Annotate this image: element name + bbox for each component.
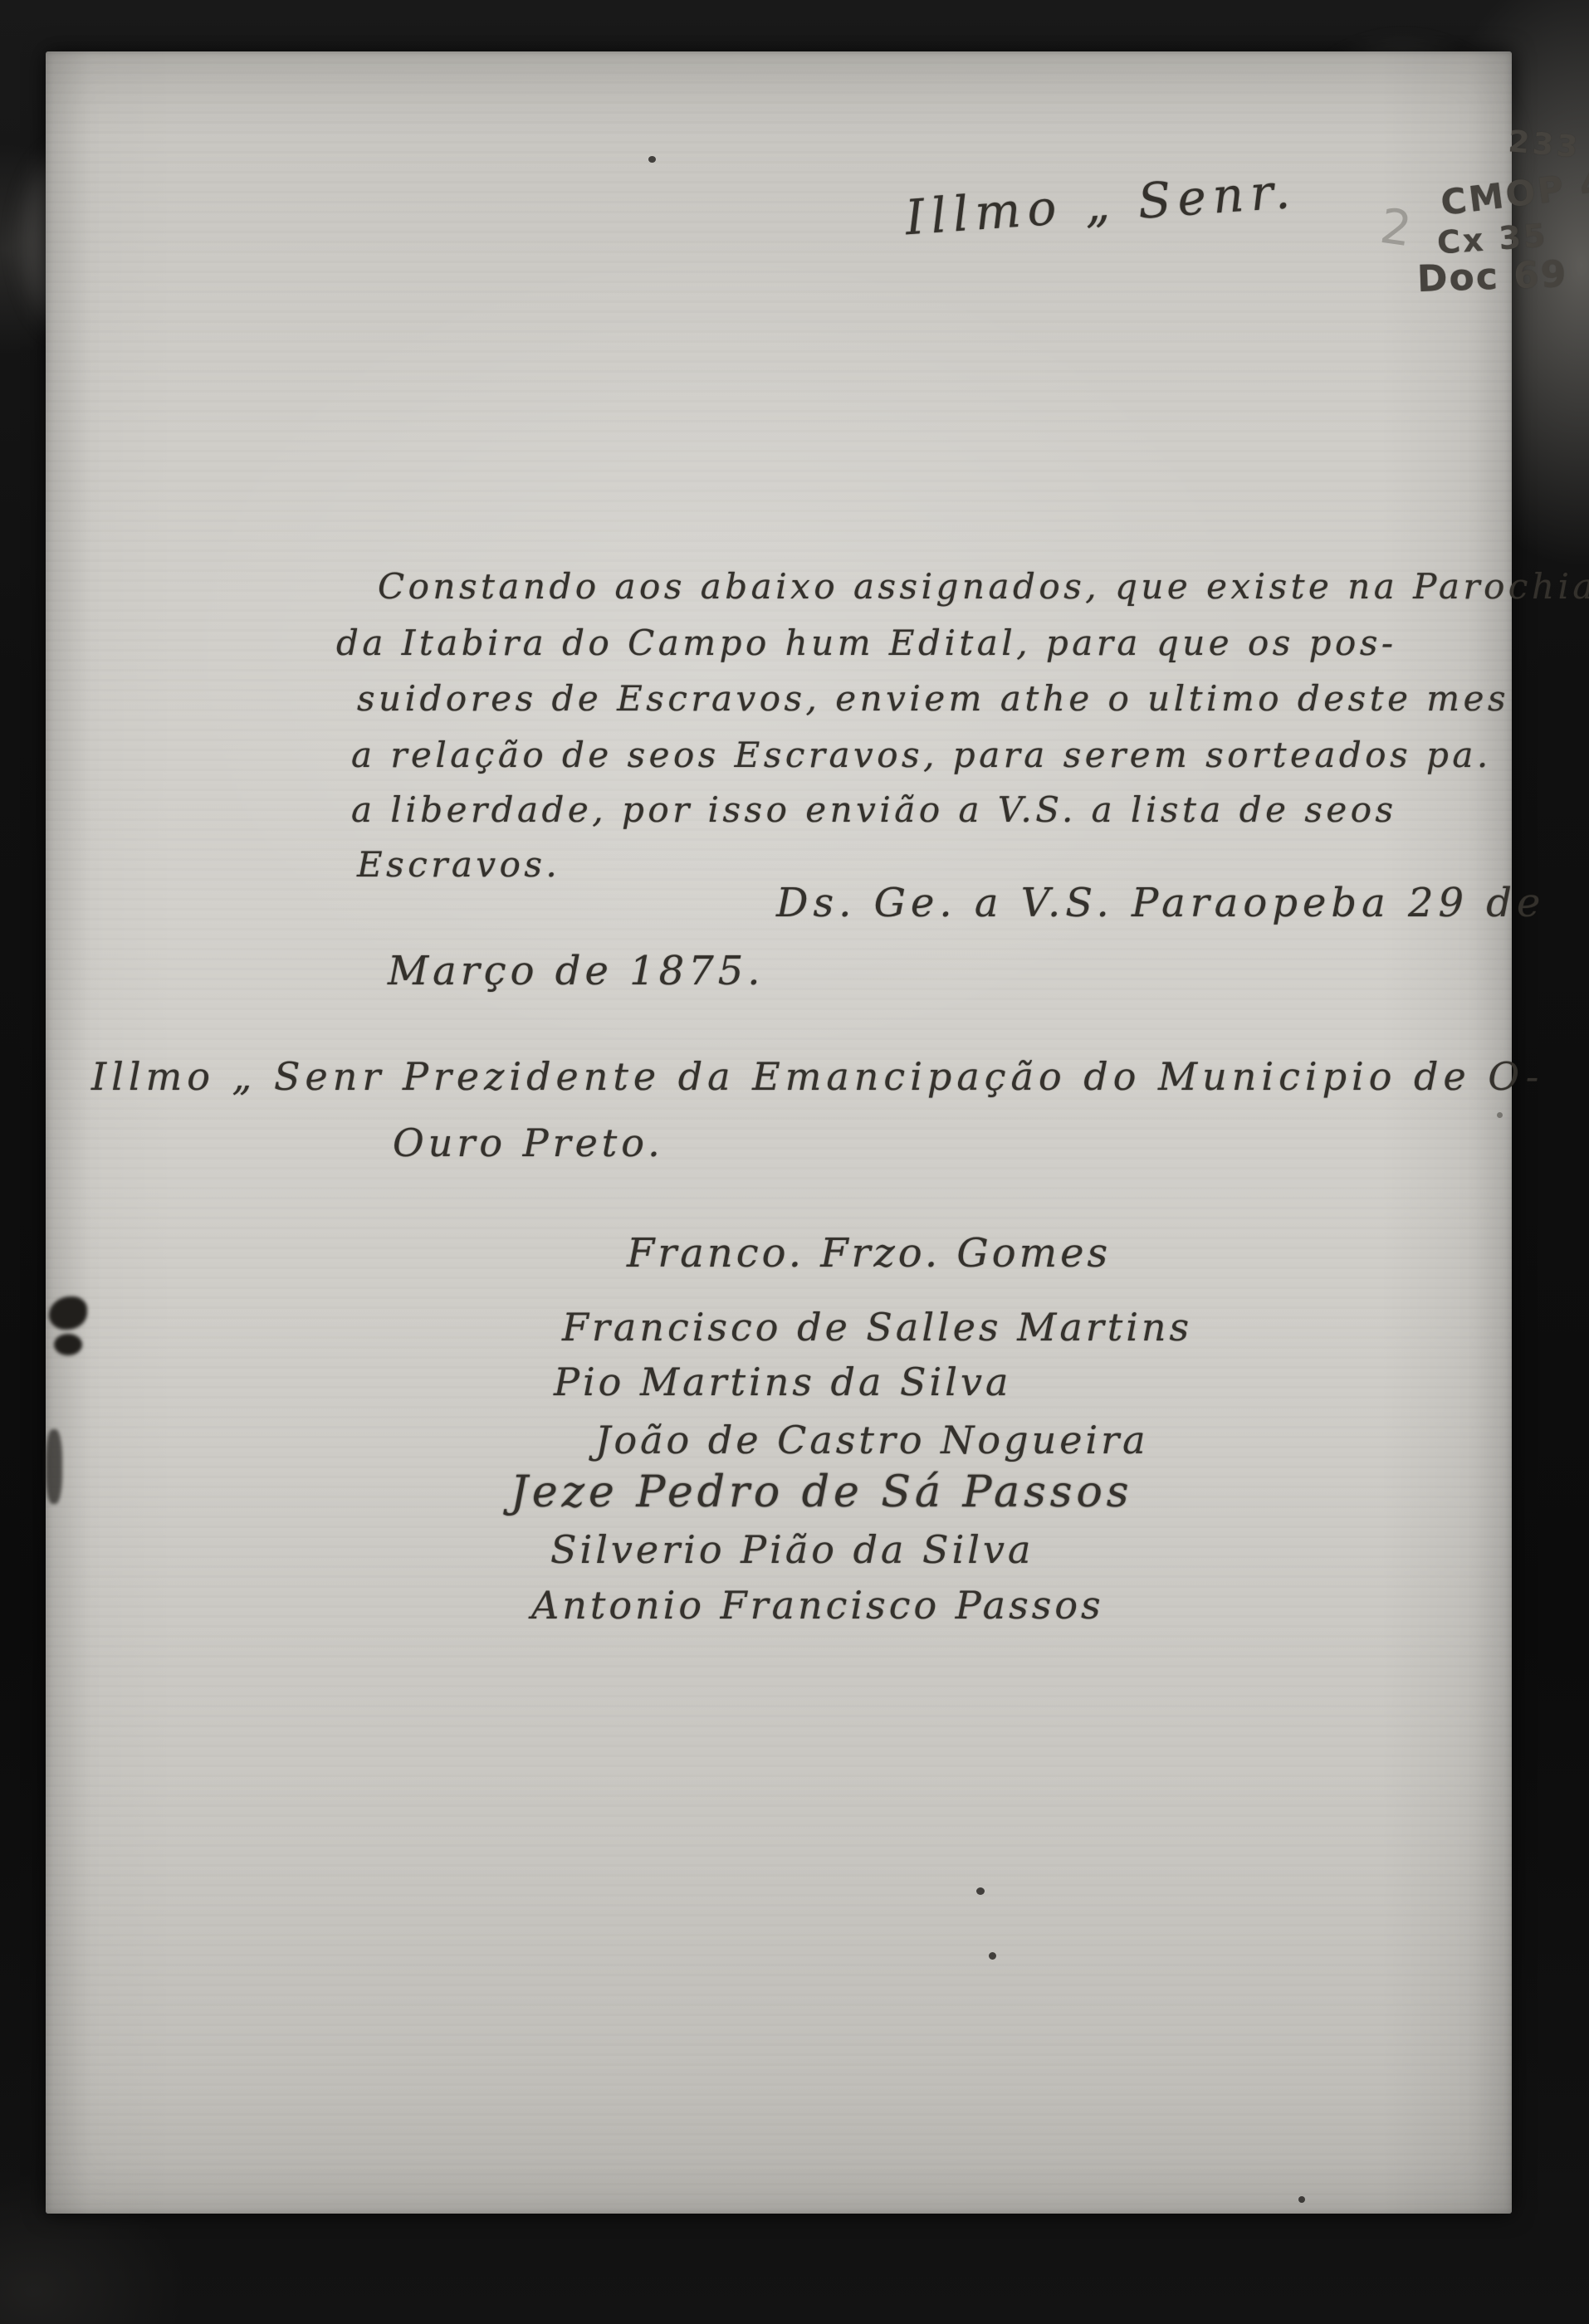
signature: Pio Martins da Silva	[554, 1360, 1011, 1404]
manuscript-page: 2 233 CMOP 4 Cx 35 Doc 69 Illmo „ Senr. …	[46, 51, 1512, 2214]
valediction-placeline: Ds. Ge. a V.S. Paraopeba 29 de	[776, 880, 1545, 926]
archive-number-annotation: 233	[1507, 124, 1582, 164]
body-line: suidores de Escravos, enviem athe o ulti…	[357, 678, 1509, 719]
ink-speck	[976, 1887, 985, 1895]
body-line: a liberdade, por isso envião a V.S. a li…	[351, 789, 1397, 830]
pencil-annotation: 2	[1376, 198, 1415, 257]
signature: Francisco de Salles Martins	[562, 1305, 1192, 1350]
signature: João de Castro Nogueira	[595, 1418, 1149, 1462]
signature: Franco. Frzo. Gomes	[627, 1230, 1111, 1277]
edge-stain	[54, 1334, 82, 1355]
salutation: Illmo „ Senr.	[903, 163, 1298, 247]
archive-fund-annotation: CMOP 4	[1439, 163, 1589, 223]
archive-doc-annotation: Doc 69	[1416, 253, 1568, 300]
ink-speck	[989, 1952, 996, 1960]
body-line: da Itabira do Campo hum Edital, para que…	[336, 622, 1397, 663]
ink-speck	[1298, 2196, 1305, 2203]
body-line: Escravos.	[357, 844, 560, 885]
addressee-line: Illmo „ Senr Prezidente da Emancipação d…	[91, 1054, 1543, 1099]
ink-speck	[648, 156, 656, 163]
addressee-line: Ouro Preto.	[393, 1120, 664, 1165]
body-line: Constando aos abaixo assignados, que exi…	[378, 566, 1589, 607]
signature: Antonio Francisco Passos	[531, 1583, 1104, 1628]
edge-stain	[46, 1429, 62, 1504]
body-line: a relação de seos Escravos, para serem s…	[351, 735, 1492, 775]
signature: Jeze Pedro de Sá Passos	[511, 1467, 1133, 1517]
ink-speck	[1497, 1112, 1503, 1118]
edge-stain	[49, 1296, 87, 1330]
dateline: Março de 1875.	[388, 948, 765, 994]
signature: Silverio Pião da Silva	[550, 1527, 1034, 1572]
scanned-document-view: 2 233 CMOP 4 Cx 35 Doc 69 Illmo „ Senr. …	[0, 0, 1589, 2324]
